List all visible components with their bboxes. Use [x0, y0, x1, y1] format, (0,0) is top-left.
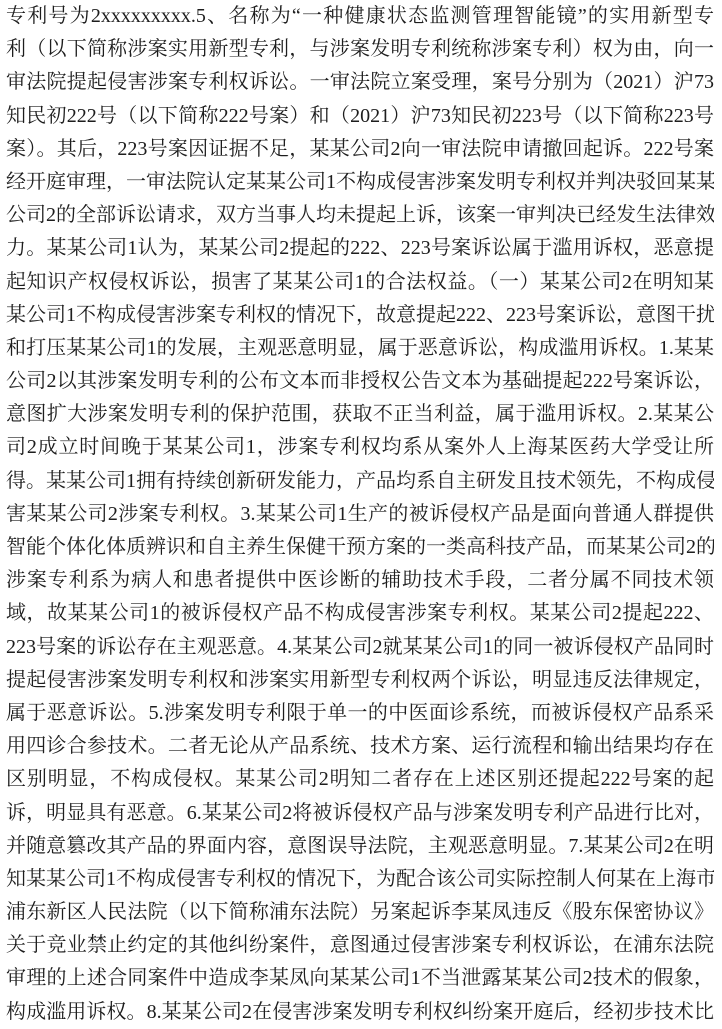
text-line: 构成滥用诉权。8.某某公司2在侵害涉案发明专利权纠纷案开庭后，经初步技术比	[6, 996, 714, 1029]
text-line: 经开庭审理，一审法院认定某某公司1不构成侵害涉案发明专利权并判决驳回某某	[6, 166, 714, 199]
text-line: 公司2的全部诉讼请求，双方当事人均未提起上诉，该案一审判决已经发生法律效	[6, 199, 714, 232]
text-line: 用四诊合参技术。二者无论从产品系统、技术方案、运行流程和输出结果均存在	[6, 730, 714, 763]
text-line: 223号案的诉讼存在主观恶意。4.某某公司2就某某公司1的同一被诉侵权产品同时	[6, 631, 714, 664]
text-line: 并随意篡改其产品的界面内容，意图误导法院，主观恶意明显。7.某某公司2在明	[6, 830, 714, 863]
text-line: 知民初222号（以下简称222号案）和（2021）沪73知民初223号（以下简称…	[6, 100, 714, 133]
text-line: 审法院提起侵害涉案专利权诉讼。一审法院立案受理，案号分别为（2021）沪73	[6, 66, 714, 99]
text-line: 审理的上述合同案件中造成李某凤向某某公司1不当泄露某某公司2技术的假象，	[6, 962, 714, 995]
text-line: 起知识产权侵权诉讼，损害了某某公司1的合法权益。（一）某某公司2在明知某	[6, 266, 714, 299]
text-line: 智能个体化体质辨识和自主养生保健干预方案的一类高科技产品，而某某公司2的	[6, 531, 714, 564]
document-page: { "colors": { "background": "#ffffff", "…	[0, 0, 722, 1029]
text-line: 案）。其后，223号案因证据不足，某某公司2向一审法院申请撤回起诉。222号案	[6, 133, 714, 166]
text-line: 涉案专利系为病人和患者提供中医诊断的辅助技术手段，二者分属不同技术领	[6, 564, 714, 597]
text-line: 某公司1不构成侵害涉案专利权的情况下，故意提起222、223号案诉讼，意图干扰	[6, 299, 714, 332]
text-line: 得。某某公司1拥有持续创新研发能力，产品均系自主研发且技术领先，不构成侵	[6, 465, 714, 498]
text-line: 关于竞业禁止约定的其他纠纷案件，意图通过侵害涉案专利权诉讼，在浦东法院	[6, 929, 714, 962]
text-line: 利（以下简称涉案实用新型专利，与涉案发明专利统称涉案专利）权为由，向一	[6, 33, 714, 66]
text-line: 力。某某公司1认为，某某公司2提起的222、223号案诉讼属于滥用诉权，恶意提	[6, 232, 714, 265]
text-line: 区别明显，不构成侵权。某某公司2明知二者存在上述区别还提起222号案的起	[6, 763, 714, 796]
text-line: 公司2以其涉案发明专利的公布文本而非授权公告文本为基础提起222号案诉讼，	[6, 365, 714, 398]
text-line: 提起侵害涉案发明专利权和涉案实用新型专利权两个诉讼，明显违反法律规定，	[6, 664, 714, 697]
document-body: 专利号为2xxxxxxxxx.5、名称为“一种健康状态监测管理智能镜”的实用新型…	[0, 0, 722, 1029]
text-line: 司2成立时间晚于某某公司1，涉案专利权均系从案外人上海某医药大学受让所	[6, 431, 714, 464]
text-line: 属于恶意诉讼。5.涉案发明专利限于单一的中医面诊系统，而被诉侵权产品系采	[6, 697, 714, 730]
text-line: 知某某公司1不构成侵害专利权的情况下，为配合该公司实际控制人何某在上海市	[6, 863, 714, 896]
text-line: 浦东新区人民法院（以下简称浦东法院）另案起诉李某凤违反《股东保密协议》	[6, 896, 714, 929]
text-line: 专利号为2xxxxxxxxx.5、名称为“一种健康状态监测管理智能镜”的实用新型…	[6, 0, 714, 33]
text-line: 和打压某某公司1的发展，主观恶意明显，属于恶意诉讼，构成滥用诉权。1.某某	[6, 332, 714, 365]
text-line: 域，故某某公司1的被诉侵权产品不构成侵害涉案专利权。某某公司2提起222、	[6, 597, 714, 630]
text-line: 意图扩大涉案发明专利的保护范围，获取不正当利益，属于滥用诉权。2.某某公	[6, 398, 714, 431]
text-line: 害某某公司2涉案专利权。3.某某公司1生产的被诉侵权产品是面向普通人群提供	[6, 498, 714, 531]
text-line: 诉，明显具有恶意。6.某某公司2将被诉侵权产品与涉案发明专利产品进行比对，	[6, 797, 714, 830]
